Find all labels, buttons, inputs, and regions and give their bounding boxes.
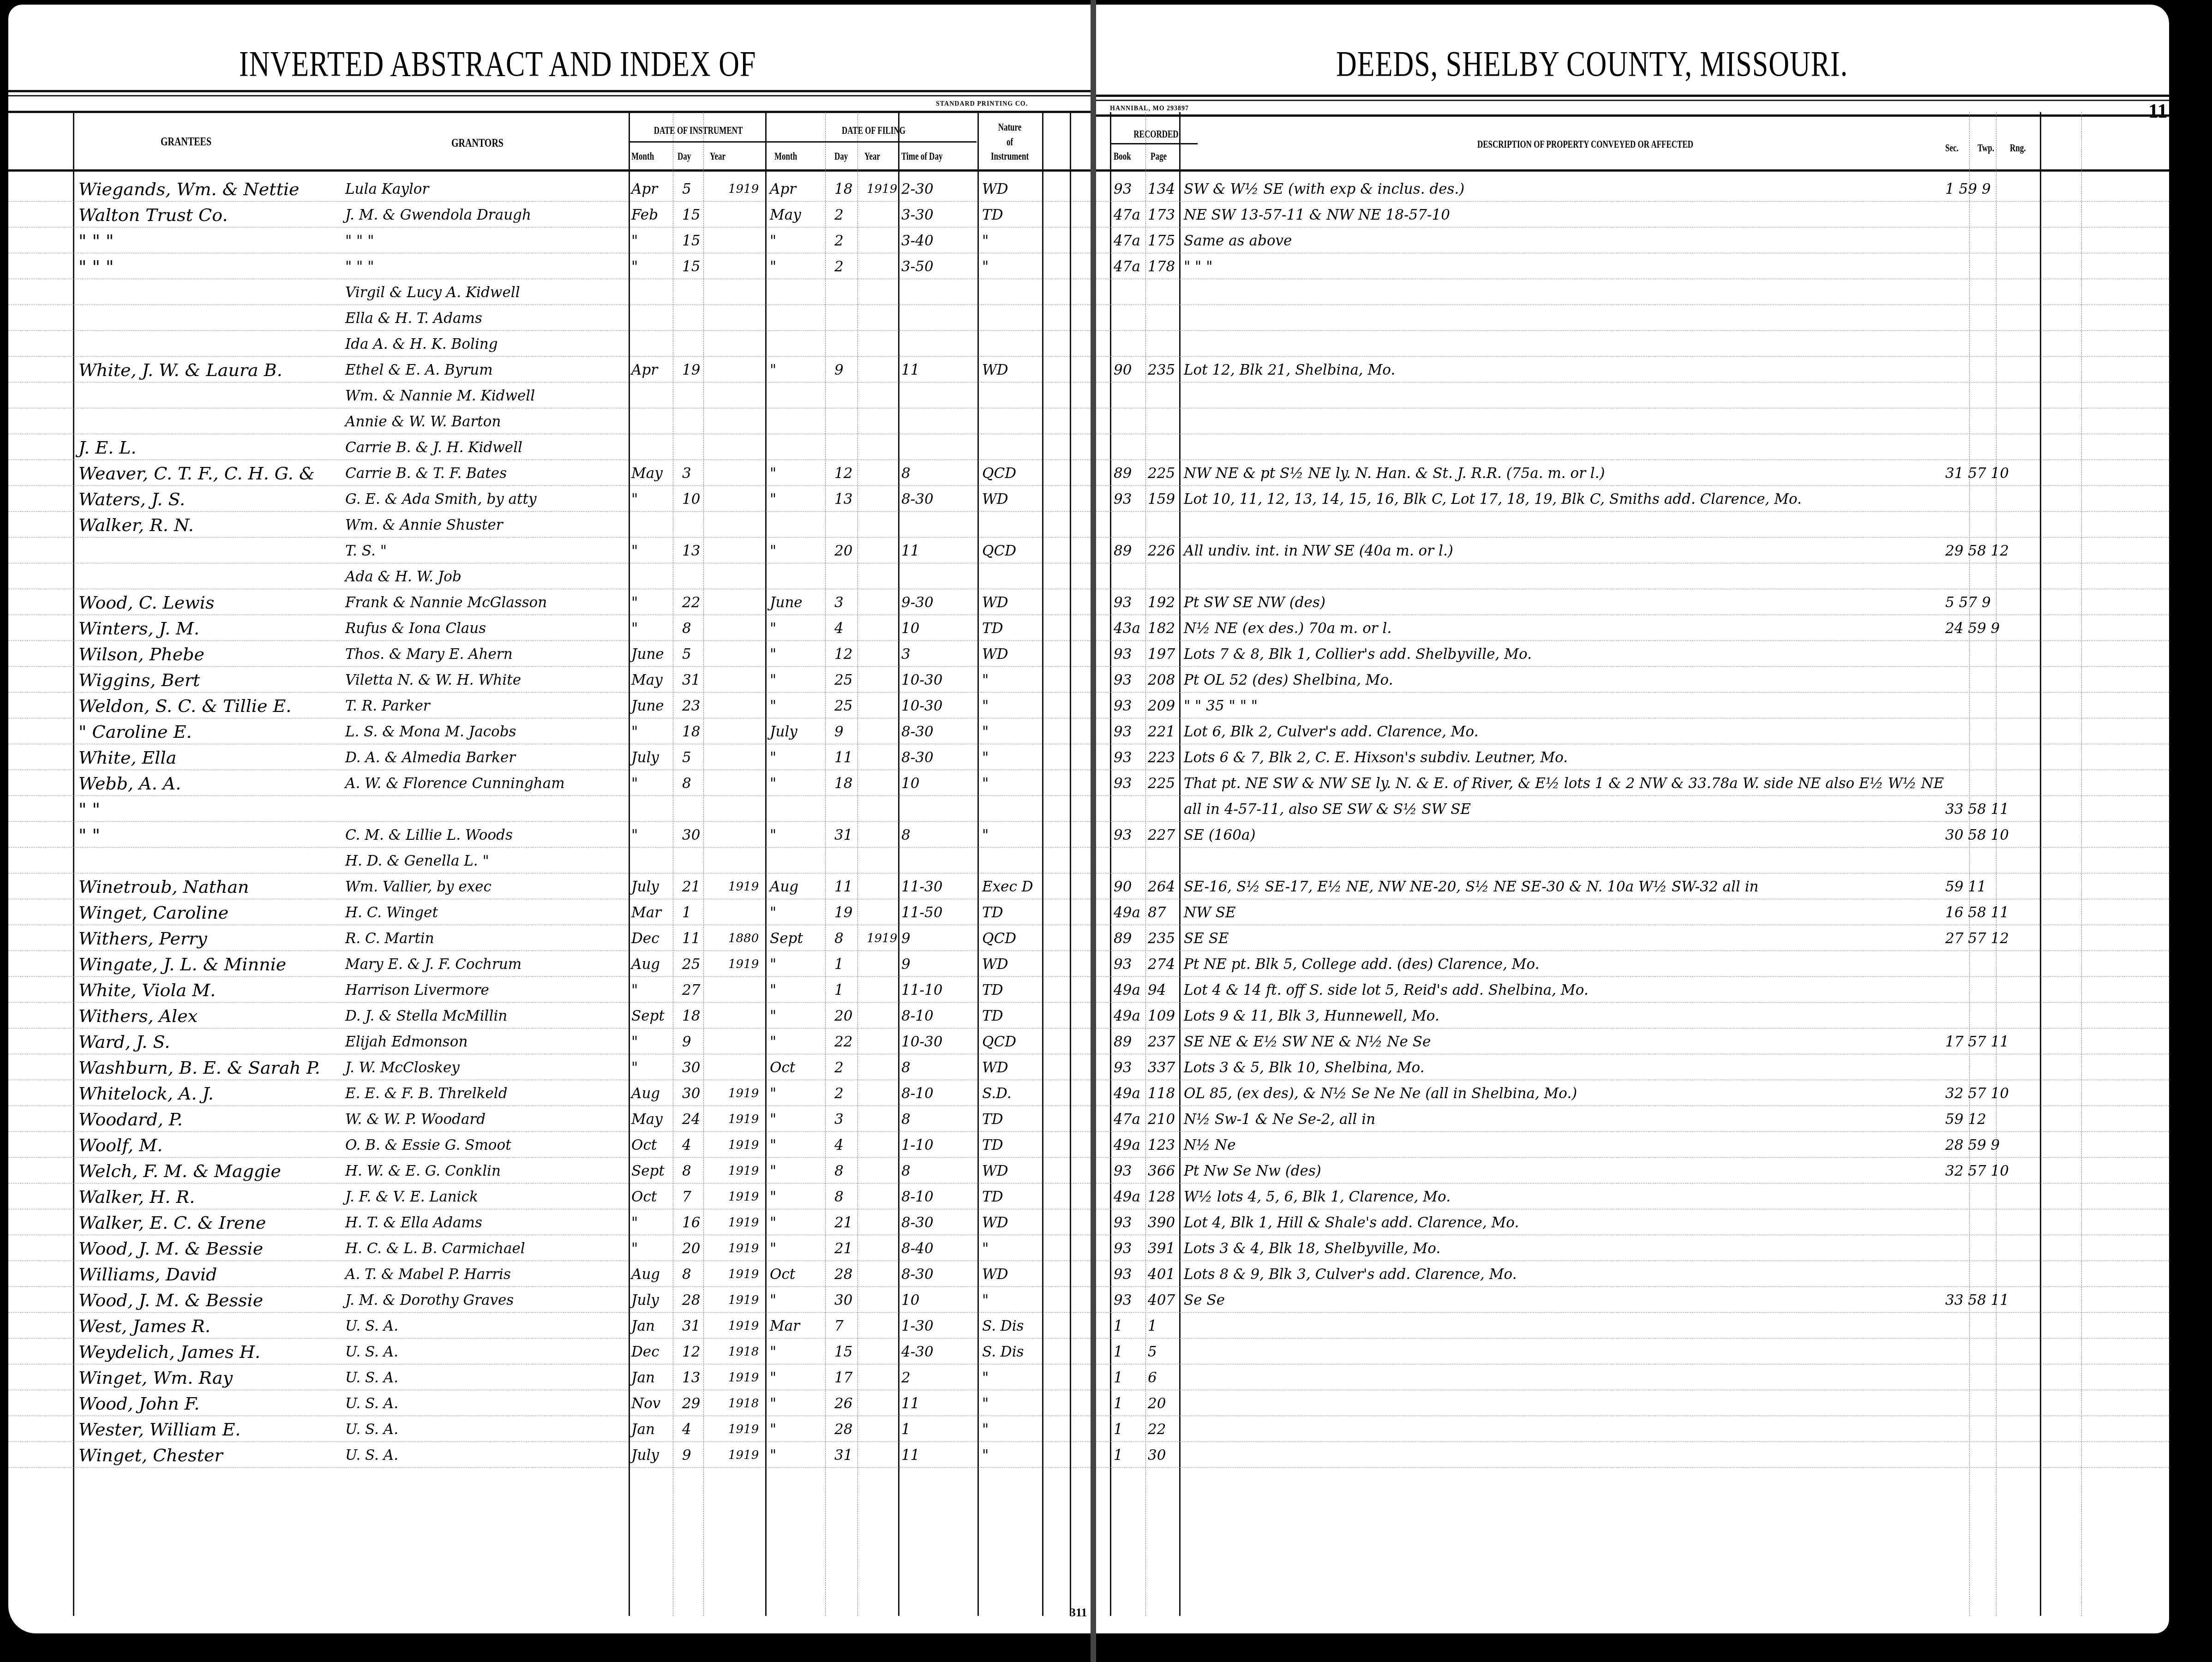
grantor-cell: Ada & H. W. Job	[345, 563, 462, 589]
time-of-day-cell: 11	[901, 356, 919, 382]
ledger-row-left: Virgil & Lucy A. Kidwell	[8, 279, 1091, 305]
grantor-cell: U. S. A.	[345, 1338, 398, 1364]
instrument-day-cell: 4	[682, 1131, 691, 1157]
ledger-row-right: 93221Lot 6, Blk 2, Culver's add. Clarenc…	[1096, 718, 2169, 744]
header-rule	[1096, 95, 2169, 97]
ledger-row-left: " "C. M. & Lillie L. Woods"30"318"	[8, 821, 1091, 848]
ledger-row-left: Ward, J. S.Elijah Edmonson"9"2210-30QCD	[8, 1028, 1091, 1054]
grantee-cell: J. E. L.	[78, 434, 137, 460]
filing-month-cell: "	[770, 1209, 776, 1235]
grantor-cell: O. B. & Essie G. Smoot	[345, 1131, 511, 1157]
instrument-month-cell: Feb	[631, 201, 658, 227]
time-of-day-cell: 8-40	[901, 1235, 934, 1261]
description-cell: NE SW 13-57-11 & NW NE 18-57-10	[1184, 201, 1450, 227]
ledger-row-right	[1096, 279, 2169, 305]
filing-month-cell: "	[770, 253, 776, 279]
grantor-cell: U. S. A.	[345, 1416, 398, 1441]
filing-day-cell: 28	[834, 1416, 852, 1441]
description-cell: Lots 9 & 11, Blk 3, Hunnewell, Mo.	[1184, 1002, 1439, 1028]
nature-of-instrument-cell: TD	[982, 976, 1003, 1002]
grantor-cell: J. W. McCloskey	[345, 1054, 460, 1080]
sec-twp-rng-cell: 28 59 9	[1945, 1131, 2000, 1157]
grantor-cell: W. & W. P. Woodard	[345, 1106, 486, 1131]
ledger-row-right: 93401Lots 8 & 9, Blk 3, Culver's add. Cl…	[1096, 1261, 2169, 1287]
book-cell: 93	[1114, 718, 1132, 744]
ledger-row-right: 90235Lot 12, Blk 21, Shelbina, Mo.	[1096, 356, 2169, 383]
page-cell: 208	[1148, 666, 1175, 692]
grantee-cell: Winget, Caroline	[78, 899, 228, 925]
instrument-day-cell: 5	[682, 175, 691, 201]
grantor-cell: A. W. & Florence Cunningham	[345, 770, 565, 795]
ledger-row-left: Winget, ChesterU. S. A.July91919"3111"	[8, 1441, 1091, 1468]
description-cell: Lot 10, 11, 12, 13, 14, 15, 16, Blk C, L…	[1184, 485, 1802, 511]
grantee-cell: " "	[78, 795, 100, 821]
grantor-cell: Viletta N. & W. H. White	[345, 666, 521, 692]
sec-twp-rng-cell: 27 57 12	[1945, 925, 2009, 951]
ledger-row-left: Withers, AlexD. J. & Stella McMillinSept…	[8, 1002, 1091, 1028]
nature-of-instrument-cell: "	[982, 692, 989, 718]
grantor-cell: Wm. & Annie Shuster	[345, 511, 503, 537]
filing-day-cell: 4	[834, 615, 844, 640]
filing-day-cell: 1	[834, 951, 844, 976]
book-cell: 1	[1114, 1390, 1123, 1416]
ledger-row-left: Wiggins, BertViletta N. & W. H. WhiteMay…	[8, 666, 1091, 693]
right-ledger-page: DEEDS, SHELBY COUNTY, MISSOURI. HANNIBAL…	[1096, 5, 2169, 1633]
filing-month-cell: June	[770, 589, 803, 615]
filing-day-cell: 2	[834, 1054, 844, 1080]
page-cell: 182	[1148, 615, 1175, 640]
nature-of-instrument-cell: S.D.	[982, 1080, 1012, 1106]
book-cell: 93	[1114, 770, 1132, 795]
time-of-day-cell: 8	[901, 1054, 911, 1080]
grantee-cell: Winget, Wm. Ray	[78, 1364, 233, 1390]
filing-month-cell: "	[770, 537, 776, 563]
filing-month-cell: "	[770, 692, 776, 718]
description-cell: Lot 12, Blk 21, Shelbina, Mo.	[1184, 356, 1395, 382]
ledger-row-right: 49a128W½ lots 4, 5, 6, Blk 1, Clarence, …	[1096, 1183, 2169, 1209]
instrument-day-cell: 29	[682, 1390, 700, 1416]
instrument-year-cell: 1880	[728, 925, 759, 951]
instrument-month-cell: May	[631, 666, 663, 692]
col-header-nature: Nature of Instrument	[980, 120, 1040, 164]
nature-of-instrument-cell: "	[982, 1416, 989, 1441]
time-of-day-cell: 1-10	[901, 1131, 934, 1157]
book-spine	[1091, 0, 1096, 1662]
col-header-page: Page	[1151, 149, 1167, 164]
filing-day-cell: 17	[834, 1364, 852, 1390]
filing-month-cell: July	[770, 718, 797, 744]
grantor-cell: U. S. A.	[345, 1312, 398, 1338]
book-cell: 93	[1114, 1235, 1132, 1261]
instrument-month-cell: July	[631, 1286, 659, 1312]
time-of-day-cell: 11	[901, 537, 919, 563]
grantee-cell: Weaver, C. T. F., C. H. G. &	[78, 460, 315, 485]
grantee-cell: Weldon, S. C. & Tillie E.	[78, 692, 291, 718]
filing-month-cell: "	[770, 821, 776, 847]
column-header-top-rule	[8, 111, 1091, 113]
description-cell: Lot 4 & 14 ft. off S. side lot 5, Reid's…	[1184, 976, 1589, 1002]
book-cell: 49a	[1114, 1131, 1140, 1157]
time-of-day-cell: 10-30	[901, 666, 942, 692]
ledger-row-right	[1096, 563, 2169, 589]
ledger-row-left: Whitelock, A. J.E. E. & F. B. ThrelkeldA…	[8, 1080, 1091, 1106]
ledger-row-right: 120	[1096, 1390, 2169, 1416]
ledger-row-right: 93390Lot 4, Blk 1, Hill & Shale's add. C…	[1096, 1209, 2169, 1235]
book-cell: 90	[1114, 873, 1132, 899]
col-header-grantees: GRANTEES	[161, 134, 211, 149]
ledger-row-left: Wood, J. M. & BessieH. C. & L. B. Carmic…	[8, 1235, 1091, 1261]
ledger-row-right: 15	[1096, 1338, 2169, 1364]
grantee-cell: Winetroub, Nathan	[78, 873, 249, 899]
instrument-day-cell: 8	[682, 1261, 691, 1286]
time-of-day-cell: 11-50	[901, 899, 942, 925]
description-cell: Pt Nw Se Nw (des)	[1184, 1157, 1321, 1183]
col-header-date-of-filing: DATE OF FILING	[774, 124, 973, 138]
time-of-day-cell: 1-30	[901, 1312, 934, 1338]
nature-of-instrument-cell: QCD	[982, 460, 1016, 485]
time-of-day-cell: 3-50	[901, 253, 934, 279]
grantor-cell: Wm. Vallier, by exec	[345, 873, 492, 899]
nature-of-instrument-cell: "	[982, 1235, 989, 1261]
description-cell: Lots 3 & 5, Blk 10, Shelbina, Mo.	[1184, 1054, 1425, 1080]
time-of-day-cell: 10	[901, 1286, 919, 1312]
book-cell: 49a	[1114, 1080, 1140, 1106]
book-cell: 93	[1114, 821, 1132, 847]
instrument-month-cell: Sept	[631, 1157, 665, 1183]
page-cell: 118	[1148, 1080, 1175, 1106]
book-cell: 93	[1114, 175, 1132, 201]
nature-of-instrument-cell: TD	[982, 1002, 1003, 1028]
filing-day-cell: 11	[834, 744, 852, 770]
page-cell: 128	[1148, 1183, 1175, 1209]
time-of-day-cell: 9	[901, 925, 911, 951]
description-cell: Pt OL 52 (des) Shelbina, Mo.	[1184, 666, 1393, 692]
filing-month-cell: Sept	[770, 925, 803, 951]
grantor-cell: Elijah Edmonson	[345, 1028, 468, 1054]
ledger-row-left: Walker, E. C. & IreneH. T. & Ella Adams"…	[8, 1209, 1091, 1235]
nature-of-instrument-cell: QCD	[982, 1028, 1016, 1054]
page-cell: 366	[1148, 1157, 1175, 1183]
instrument-day-cell: 8	[682, 770, 691, 795]
ledger-row-right: 16	[1096, 1364, 2169, 1390]
ledger-row-right: all in 4-57-11, also SE SW & S½ SW SE33 …	[1096, 795, 2169, 822]
description-cell: OL 85, (ex des), & N½ Se Ne Ne (all in S…	[1184, 1080, 1577, 1106]
date-subheader-rule	[629, 141, 977, 143]
book-cell: 90	[1114, 356, 1132, 382]
grantor-cell: C. M. & Lillie L. Woods	[345, 821, 513, 847]
grantee-cell: Waters, J. S.	[78, 485, 185, 511]
page-cell: 391	[1148, 1235, 1175, 1261]
ledger-row-right: 93366Pt Nw Se Nw (des)32 57 10	[1096, 1157, 2169, 1184]
description-cell: SW & W½ SE (with exp & inclus. des.)	[1184, 175, 1464, 201]
filing-day-cell: 15	[834, 1338, 852, 1364]
instrument-day-cell: 9	[682, 1028, 691, 1054]
time-of-day-cell: 3	[901, 640, 911, 666]
instrument-year-cell: 1919	[728, 1183, 759, 1209]
ledger-row-left: J. E. L.Carrie B. & J. H. Kidwell	[8, 434, 1091, 460]
book-cell: 49a	[1114, 899, 1140, 925]
grantee-cell: Wiegands, Wm. & Nettie	[78, 175, 300, 201]
instrument-month-cell: Oct	[631, 1131, 657, 1157]
col-header-time-of-day: Time of Day	[901, 149, 942, 164]
book-cell: 49a	[1114, 1002, 1140, 1028]
ledger-row-right: 89235SE SE27 57 12	[1096, 925, 2169, 951]
time-of-day-cell: 8-30	[901, 744, 934, 770]
sec-twp-rng-cell: 32 57 10	[1945, 1080, 2009, 1106]
time-of-day-cell: 9	[901, 951, 911, 976]
filing-day-cell: 11	[834, 873, 852, 899]
col-header-filing-year: Year	[864, 149, 880, 164]
ledger-row-right: 47a175Same as above	[1096, 227, 2169, 253]
book-cell: 93	[1114, 1286, 1132, 1312]
nature-of-instrument-cell: "	[982, 1286, 989, 1312]
page-cell: 235	[1148, 925, 1175, 951]
time-of-day-cell: 8-30	[901, 1209, 934, 1235]
instrument-year-cell: 1919	[728, 1235, 759, 1261]
col-header-filing-day: Day	[834, 149, 848, 164]
sec-twp-rng-cell: 29 58 12	[1945, 537, 2009, 563]
recorded-subheader-rule	[1110, 143, 1198, 144]
filing-month-cell: Mar	[770, 1312, 800, 1338]
ledger-row-left: Winget, Wm. RayU. S. A.Jan131919"172"	[8, 1364, 1091, 1390]
col-header-twp: Twp.	[1978, 141, 1994, 155]
nature-of-instrument-cell: WD	[982, 589, 1008, 615]
instrument-day-cell: 21	[682, 873, 700, 899]
grantee-cell: Woodard, P.	[78, 1106, 183, 1131]
filing-month-cell: "	[770, 1002, 776, 1028]
page-cell: 30	[1148, 1441, 1166, 1467]
ledger-row-right	[1096, 847, 2169, 873]
nature-of-instrument-cell: TD	[982, 615, 1003, 640]
description-cell: W½ lots 4, 5, 6, Blk 1, Clarence, Mo.	[1184, 1183, 1451, 1209]
ledger-row-right	[1096, 330, 2169, 357]
book-cell: 93	[1114, 1209, 1132, 1235]
ledger-row-left: " " "" " ""15"23-40"	[8, 227, 1091, 253]
instrument-month-cell: May	[631, 1106, 663, 1131]
ledger-row-right: 122	[1096, 1416, 2169, 1442]
instrument-year-cell: 1919	[728, 1312, 759, 1338]
filing-month-cell: Oct	[770, 1054, 795, 1080]
instrument-month-cell: Jan	[631, 1312, 655, 1338]
nature-of-instrument-cell: WD	[982, 1157, 1008, 1183]
grantee-cell: Winget, Chester	[78, 1441, 223, 1467]
filing-day-cell: 18	[834, 175, 852, 201]
ledger-row-left: Washburn, B. E. & Sarah P.J. W. McCloske…	[8, 1054, 1091, 1080]
page-cell: 223	[1148, 744, 1175, 770]
filing-day-cell: 9	[834, 718, 844, 744]
filing-day-cell: 8	[834, 925, 844, 951]
ledger-row-right: 93192Pt SW SE NW (des)5 57 9	[1096, 589, 2169, 615]
instrument-month-cell: "	[631, 1028, 638, 1054]
instrument-day-cell: 18	[682, 1002, 700, 1028]
grantor-cell: T. S. "	[345, 537, 387, 563]
nature-of-instrument-cell: WD	[982, 640, 1008, 666]
sec-twp-rng-cell: 33 58 11	[1945, 795, 2009, 821]
instrument-day-cell: 16	[682, 1209, 700, 1235]
page-cell: 5	[1148, 1338, 1157, 1364]
sec-twp-rng-cell: 33 58 11	[1945, 1286, 2009, 1312]
instrument-year-cell: 1919	[728, 1364, 759, 1390]
description-cell: Lot 6, Blk 2, Culver's add. Clarence, Mo…	[1184, 718, 1479, 744]
ledger-row-left: Walton Trust Co.J. M. & Gwendola DraughF…	[8, 201, 1091, 227]
instrument-day-cell: 4	[682, 1416, 691, 1441]
ledger-row-right: 93407Se Se33 58 11	[1096, 1286, 2169, 1313]
filing-day-cell: 21	[834, 1209, 852, 1235]
grantor-cell: H. D. & Genella L. "	[345, 847, 489, 873]
filing-day-cell: 2	[834, 201, 844, 227]
instrument-month-cell: Jan	[631, 1416, 655, 1441]
instrument-year-cell: 1919	[728, 1131, 759, 1157]
ledger-row-left: Wm. & Nannie M. Kidwell	[8, 382, 1091, 408]
instrument-day-cell: 9	[682, 1441, 691, 1467]
instrument-day-cell: 22	[682, 589, 700, 615]
description-cell: Lot 4, Blk 1, Hill & Shale's add. Claren…	[1184, 1209, 1519, 1235]
instrument-year-cell: 1919	[728, 1286, 759, 1312]
filing-day-cell: 30	[834, 1286, 852, 1312]
instrument-month-cell: July	[631, 744, 659, 770]
instrument-month-cell: Mar	[631, 899, 661, 925]
grantee-cell: Walker, E. C. & Irene	[78, 1209, 266, 1235]
description-cell: Se Se	[1184, 1286, 1225, 1312]
grantor-cell: " " "	[345, 253, 374, 279]
time-of-day-cell: 2-30	[901, 175, 934, 201]
time-of-day-cell: 3-40	[901, 227, 934, 253]
description-cell: Lots 3 & 4, Blk 18, Shelbyville, Mo.	[1184, 1235, 1440, 1261]
instrument-month-cell: "	[631, 615, 638, 640]
sec-twp-rng-cell: 30 58 10	[1945, 821, 2009, 847]
instrument-year-cell: 1919	[728, 1209, 759, 1235]
ledger-row-left: Woolf, M.O. B. & Essie G. SmootOct41919"…	[8, 1131, 1091, 1158]
page-cell: 197	[1148, 640, 1175, 666]
instrument-day-cell: 30	[682, 1054, 700, 1080]
instrument-day-cell: 19	[682, 356, 700, 382]
time-of-day-cell: 11	[901, 1390, 919, 1416]
ledger-row-right: 89225NW NE & pt S½ NE ly. N. Han. & St. …	[1096, 460, 2169, 486]
instrument-year-cell: 1919	[728, 951, 759, 976]
grantor-cell: Annie & W. W. Barton	[345, 408, 501, 434]
grantor-cell: J. M. & Dorothy Graves	[345, 1286, 514, 1312]
ledger-row-right: 47a178" " "	[1096, 253, 2169, 279]
filing-month-cell: "	[770, 227, 776, 253]
column-header-top-rule	[1096, 114, 2169, 117]
grantee-cell: White, Viola M.	[78, 976, 216, 1002]
nature-of-instrument-cell: S. Dis	[982, 1312, 1024, 1338]
grantor-cell: J. M. & Gwendola Draugh	[345, 201, 531, 227]
left-ledger-page: INVERTED ABSTRACT AND INDEX OF STANDARD …	[8, 5, 1091, 1633]
book-cell: 1	[1114, 1441, 1123, 1467]
instrument-year-cell: 1919	[728, 1261, 759, 1286]
filing-day-cell: 4	[834, 1131, 844, 1157]
filing-day-cell: 20	[834, 1002, 852, 1028]
ledger-row-left: Walker, H. R.J. F. & V. E. LanickOct7191…	[8, 1183, 1091, 1209]
filing-month-cell: Apr	[770, 175, 796, 201]
filing-day-cell: 12	[834, 640, 852, 666]
book-cell: 89	[1114, 1028, 1132, 1054]
left-page-title: INVERTED ABSTRACT AND INDEX OF	[239, 44, 756, 85]
ledger-row-right	[1096, 408, 2169, 434]
instrument-day-cell: 25	[682, 951, 700, 976]
grantee-cell: White, Ella	[78, 744, 176, 770]
instrument-month-cell: "	[631, 589, 638, 615]
instrument-day-cell: 20	[682, 1235, 700, 1261]
filing-day-cell: 21	[834, 1235, 852, 1261]
filing-month-cell: "	[770, 1131, 776, 1157]
page-cell: 235	[1148, 356, 1175, 382]
page-cell: 175	[1148, 227, 1175, 253]
instrument-day-cell: 31	[682, 1312, 700, 1338]
description-cell: Lots 7 & 8, Blk 1, Collier's add. Shelby…	[1184, 640, 1532, 666]
page-cell: 210	[1148, 1106, 1175, 1131]
filing-day-cell: 3	[834, 589, 844, 615]
page-cell: 20	[1148, 1390, 1166, 1416]
grantee-cell: Weydelich, James H.	[78, 1338, 260, 1364]
grantor-cell: G. E. & Ada Smith, by atty	[345, 485, 537, 511]
book-cell: 1	[1114, 1338, 1123, 1364]
ledger-row-right: 11	[1096, 1312, 2169, 1339]
column-header-bottom-rule	[8, 169, 1091, 172]
grantor-cell: Thos. & Mary E. Ahern	[345, 640, 513, 666]
nature-of-instrument-cell: "	[982, 718, 989, 744]
grantor-cell: E. E. & F. B. Threlkeld	[345, 1080, 508, 1106]
time-of-day-cell: 3-30	[901, 201, 934, 227]
instrument-year-cell: 1919	[728, 873, 759, 899]
ledger-row-right: 49a87NW SE16 58 11	[1096, 899, 2169, 925]
instrument-day-cell: 10	[682, 485, 700, 511]
instrument-day-cell: 24	[682, 1106, 700, 1131]
filing-day-cell: 20	[834, 537, 852, 563]
time-of-day-cell: 8	[901, 1157, 911, 1183]
book-cell: 93	[1114, 951, 1132, 976]
description-cell: " " "	[1184, 253, 1212, 279]
page-cell: 401	[1148, 1261, 1175, 1286]
filing-month-cell: "	[770, 1416, 776, 1441]
ledger-row-left: H. D. & Genella L. "	[8, 847, 1091, 873]
sec-twp-rng-cell: 59 11	[1945, 873, 1986, 899]
instrument-month-cell: Sept	[631, 1002, 665, 1028]
grantee-cell: Withers, Alex	[78, 1002, 198, 1028]
ledger-row-left: Welch, F. M. & MaggieH. W. & E. G. Conkl…	[8, 1157, 1091, 1184]
instrument-month-cell: Nov	[631, 1390, 660, 1416]
nature-of-instrument-cell: WD	[982, 1209, 1008, 1235]
description-cell: N½ Ne	[1184, 1131, 1236, 1157]
filing-month-cell: "	[770, 356, 776, 382]
instrument-day-cell: 31	[682, 666, 700, 692]
time-of-day-cell: 8	[901, 460, 911, 485]
filing-month-cell: Aug	[770, 873, 798, 899]
nature-of-instrument-cell: QCD	[982, 537, 1016, 563]
book-cell: 47a	[1114, 201, 1140, 227]
nature-of-instrument-cell: "	[982, 1390, 989, 1416]
ledger-row-left: White, Viola M.Harrison Livermore"27"111…	[8, 976, 1091, 1003]
ledger-row-left: Waters, J. S.G. E. & Ada Smith, by atty"…	[8, 485, 1091, 512]
filing-month-cell: "	[770, 1080, 776, 1106]
page-cell: 225	[1148, 770, 1175, 795]
instrument-month-cell: June	[631, 692, 664, 718]
page-cell: 274	[1148, 951, 1175, 976]
nature-of-instrument-cell: TD	[982, 1106, 1003, 1131]
instrument-day-cell: 1	[682, 899, 691, 925]
book-cell: 93	[1114, 589, 1132, 615]
page-cell: 407	[1148, 1286, 1175, 1312]
grantor-cell: H. T. & Ella Adams	[345, 1209, 482, 1235]
instrument-year-cell: 1918	[728, 1390, 759, 1416]
instrument-day-cell: 15	[682, 253, 700, 279]
book-cell: 93	[1114, 1261, 1132, 1286]
filing-day-cell: 2	[834, 1080, 844, 1106]
nature-of-instrument-cell: "	[982, 253, 989, 279]
instrument-month-cell: Dec	[631, 1338, 659, 1364]
page-cell: 209	[1148, 692, 1175, 718]
